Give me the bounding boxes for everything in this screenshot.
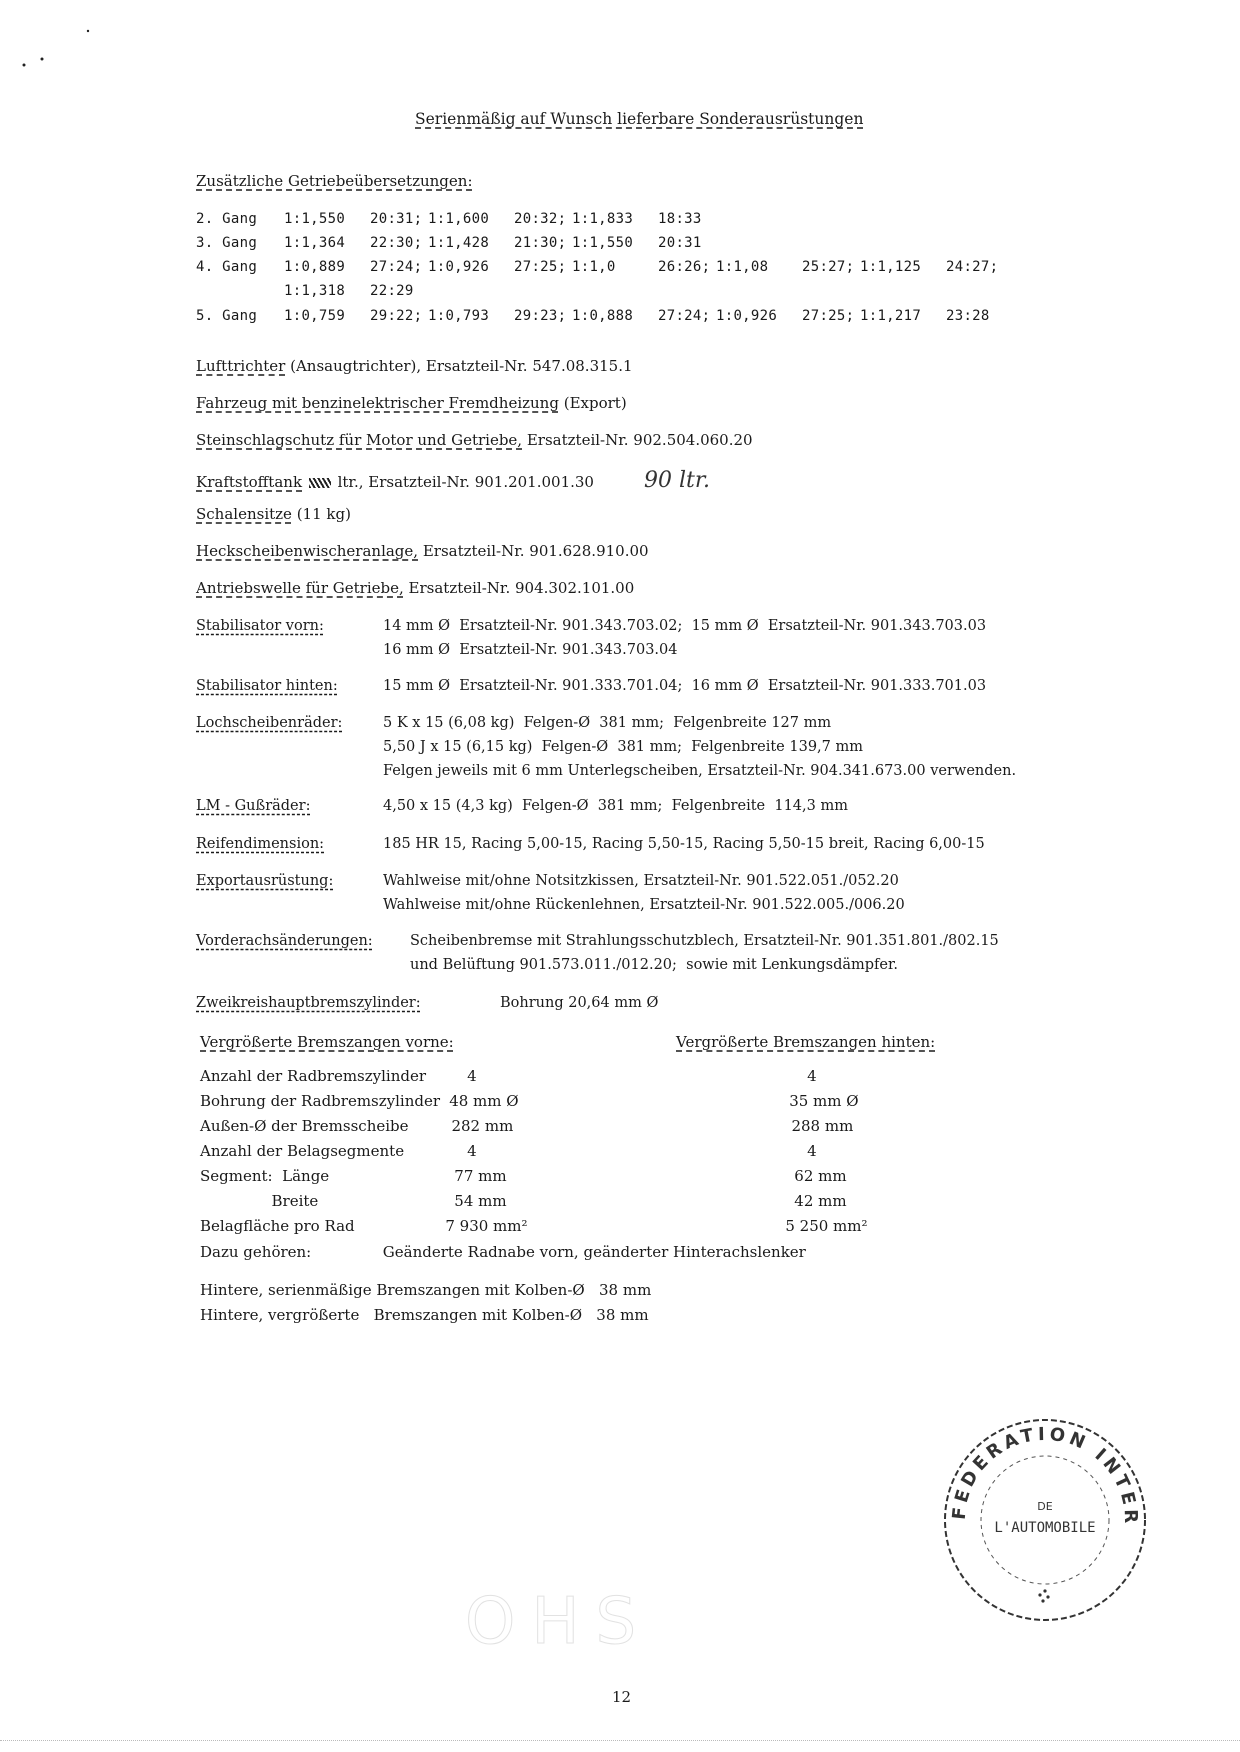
spec-label: LM - Gußräder: bbox=[196, 798, 310, 814]
spec-label: Vorderachsänderungen: bbox=[196, 933, 373, 949]
spec-label: Exportausrüstung: bbox=[196, 873, 333, 889]
spec-value: Wahlweise mit/ohne Notsitzkissen, Ersatz… bbox=[383, 873, 899, 889]
gear-ratio: 1:1,125 bbox=[860, 259, 946, 275]
dazu-text: Geänderte Radnabe vorn, geänderter Hinte… bbox=[383, 1243, 806, 1261]
gear-teeth: 22:29 bbox=[370, 283, 428, 299]
accessory-label: Steinschlagschutz für Motor und Getriebe… bbox=[196, 431, 522, 449]
accessory-text: (Ansaugtrichter), Ersatzteil-Nr. 547.08.… bbox=[285, 357, 632, 375]
gear-ratio: 1:0,926 bbox=[428, 259, 514, 275]
spec-value: 14 mm Ø Ersatzteil-Nr. 901.343.703.02; 1… bbox=[383, 618, 986, 634]
brake-row-name: Breite bbox=[200, 1192, 318, 1210]
spec-label: Zweikreishauptbremszylinder: bbox=[196, 995, 421, 1011]
gear-ratio: 1:1,0 bbox=[572, 259, 658, 275]
gear-teeth: 29:22; bbox=[370, 308, 428, 324]
accessory-item: Heckscheibenwischeranlage, Ersatzteil-Nr… bbox=[196, 542, 649, 560]
gear-teeth: 27:24; bbox=[658, 308, 716, 324]
footer-line-1: Hintere, serienmäßige Bremszangen mit Ko… bbox=[200, 1281, 651, 1299]
brake-row-name: Segment: Länge bbox=[200, 1167, 329, 1185]
gear-teeth: 22:30; bbox=[370, 235, 428, 251]
accessory-label: Fahrzeug mit benzinelektrischer Fremdhei… bbox=[196, 394, 559, 412]
accessory-item: Steinschlagschutz für Motor und Getriebe… bbox=[196, 431, 753, 449]
spec-value: und Belüftung 901.573.011./012.20; sowie… bbox=[410, 957, 898, 973]
brake-rear-value: 42 mm bbox=[794, 1192, 846, 1210]
spec-label: Lochscheibenräder: bbox=[196, 715, 342, 731]
brake-row-name: Anzahl der Radbremszylinder bbox=[200, 1067, 426, 1085]
gear-ratio: 1:1,364 bbox=[284, 235, 370, 251]
footer-line-2: Hintere, vergrößerte Bremszangen mit Kol… bbox=[200, 1306, 649, 1324]
accessory-item: Kraftstofftank ltr., Ersatzteil-Nr. 901.… bbox=[196, 468, 710, 493]
brake-rear-value: 5 250 mm² bbox=[785, 1217, 867, 1235]
svg-text:DE: DE bbox=[1037, 1500, 1052, 1513]
brake-row-name: Belagfläche pro Rad bbox=[200, 1217, 355, 1235]
gear-ratio: 1:0,889 bbox=[284, 259, 370, 275]
gear-ratio: 1:1,550 bbox=[572, 235, 658, 251]
accessory-item: Schalensitze (11 kg) bbox=[196, 505, 351, 523]
gears-heading: Zusätzliche Getriebeübersetzungen: bbox=[196, 172, 473, 190]
gear-teeth: 20:31 bbox=[658, 235, 716, 251]
dazu-label: Dazu gehören: bbox=[200, 1243, 378, 1261]
gear-ratio: 1:1,833 bbox=[572, 211, 658, 227]
gear-teeth: 18:33 bbox=[658, 211, 716, 227]
accessory-item: Antriebswelle für Getriebe, Ersatzteil-N… bbox=[196, 579, 634, 597]
gear-label: 2. Gang bbox=[196, 211, 284, 227]
brake-rear-value: 4 bbox=[807, 1067, 817, 1085]
brake-row-name: Außen-Ø der Bremsscheibe bbox=[200, 1117, 409, 1135]
accessory-text: Ersatzteil-Nr. 901.628.910.00 bbox=[418, 542, 649, 560]
crossed-out-value bbox=[307, 476, 333, 490]
accessory-label: Kraftstofftank bbox=[196, 473, 302, 491]
spec-value: 185 HR 15, Racing 5,00-15, Racing 5,50-1… bbox=[383, 836, 985, 852]
gear-row: 1:1,31822:29 bbox=[196, 283, 428, 299]
accessory-item: Fahrzeug mit benzinelektrischer Fremdhei… bbox=[196, 394, 627, 412]
spec-value: 4,50 x 15 (4,3 kg) Felgen-Ø 381 mm; Felg… bbox=[383, 798, 848, 814]
accessory-text: Ersatzteil-Nr. 902.504.060.20 bbox=[522, 431, 753, 449]
spec-value: Bohrung 20,64 mm Ø bbox=[500, 995, 658, 1011]
gear-label: 4. Gang bbox=[196, 259, 284, 275]
brake-front-value: 7 930 mm² bbox=[445, 1217, 527, 1235]
brakes-front-heading: Vergrößerte Bremszangen vorne: bbox=[200, 1033, 454, 1051]
gear-ratio: 1:0,793 bbox=[428, 308, 514, 324]
brake-row-name: Bohrung der Radbremszylinder bbox=[200, 1092, 440, 1110]
accessory-item: Lufttrichter (Ansaugtrichter), Ersatztei… bbox=[196, 357, 633, 375]
svg-text:L'AUTOMOBILE: L'AUTOMOBILE bbox=[994, 1520, 1095, 1536]
accessory-text: (Export) bbox=[559, 394, 627, 412]
gear-teeth: 21:30; bbox=[514, 235, 572, 251]
accessory-text: (11 kg) bbox=[292, 505, 351, 523]
gear-teeth: 27:25; bbox=[802, 308, 860, 324]
brakes-rear-heading: Vergrößerte Bremszangen hinten: bbox=[676, 1033, 935, 1051]
brake-front-value: 4 bbox=[467, 1142, 477, 1160]
brake-front-value: 282 mm bbox=[451, 1117, 513, 1135]
bottom-rule bbox=[0, 1740, 1240, 1741]
gear-teeth: 27:25; bbox=[514, 259, 572, 275]
gear-ratio: 1:1,217 bbox=[860, 308, 946, 324]
scan-specks bbox=[20, 28, 100, 82]
gear-row: 5. Gang1:0,75929:22;1:0,79329:23;1:0,888… bbox=[196, 308, 1004, 324]
gear-ratio: 1:1,600 bbox=[428, 211, 514, 227]
page-title: Serienmäßig auf Wunsch lieferbare Sonder… bbox=[415, 110, 863, 128]
accessory-label: Schalensitze bbox=[196, 505, 292, 523]
spec-label: Stabilisator hinten: bbox=[196, 678, 338, 694]
gear-row: 3. Gang1:1,36422:30;1:1,42821:30;1:1,550… bbox=[196, 235, 716, 251]
gear-label: 5. Gang bbox=[196, 308, 284, 324]
spec-label: Reifendimension: bbox=[196, 836, 324, 852]
gear-teeth: 24:27; bbox=[946, 259, 1004, 275]
spec-value: 16 mm Ø Ersatzteil-Nr. 901.343.703.04 bbox=[383, 642, 677, 658]
spec-value: Felgen jeweils mit 6 mm Unterlegscheiben… bbox=[383, 763, 1016, 779]
gear-ratio: 1:0,759 bbox=[284, 308, 370, 324]
spec-value: 5,50 J x 15 (6,15 kg) Felgen-Ø 381 mm; F… bbox=[383, 739, 863, 755]
gear-teeth: 20:32; bbox=[514, 211, 572, 227]
gear-ratio: 1:1,428 bbox=[428, 235, 514, 251]
accessory-label: Lufttrichter bbox=[196, 357, 285, 375]
spec-value: Wahlweise mit/ohne Rückenlehnen, Ersatzt… bbox=[383, 897, 905, 913]
brake-front-value: 54 mm bbox=[454, 1192, 506, 1210]
brake-rear-value: 4 bbox=[807, 1142, 817, 1160]
gear-teeth: 23:28 bbox=[946, 308, 1004, 324]
gear-ratio: 1:1,550 bbox=[284, 211, 370, 227]
handwritten-note: 90 ltr. bbox=[644, 468, 710, 493]
brake-row-name: Anzahl der Belagsegmente bbox=[200, 1142, 404, 1160]
brake-rear-value: 288 mm bbox=[791, 1117, 853, 1135]
brake-front-value: 48 mm Ø bbox=[449, 1092, 518, 1110]
spec-value: 15 mm Ø Ersatzteil-Nr. 901.333.701.04; 1… bbox=[383, 678, 986, 694]
brake-front-value: 77 mm bbox=[454, 1167, 506, 1185]
gear-ratio: 1:0,926 bbox=[716, 308, 802, 324]
dazu-row: Dazu gehören: Geänderte Radnabe vorn, ge… bbox=[200, 1243, 806, 1261]
spec-label: Stabilisator vorn: bbox=[196, 618, 324, 634]
accessory-text: Ersatzteil-Nr. 904.302.101.00 bbox=[404, 579, 635, 597]
gear-row: 4. Gang1:0,88927:24;1:0,92627:25;1:1,026… bbox=[196, 259, 1004, 275]
gear-teeth: 27:24; bbox=[370, 259, 428, 275]
gear-teeth: 20:31; bbox=[370, 211, 428, 227]
gear-teeth: 29:23; bbox=[514, 308, 572, 324]
accessory-label: Antriebswelle für Getriebe, bbox=[196, 579, 404, 597]
gear-teeth: 25:27; bbox=[802, 259, 860, 275]
page-number: 12 bbox=[612, 1688, 631, 1706]
fia-stamp: FEDERATION INTERNATIONALE DE L'AUTOMOBIL… bbox=[935, 1410, 1155, 1630]
gear-teeth: 26:26; bbox=[658, 259, 716, 275]
spec-value: Scheibenbremse mit Strahlungsschutzblech… bbox=[410, 933, 999, 949]
gear-label: 3. Gang bbox=[196, 235, 284, 251]
ohs-watermark: OHS bbox=[465, 1585, 652, 1659]
gear-ratio: 1:0,888 bbox=[572, 308, 658, 324]
gear-ratio: 1:1,08 bbox=[716, 259, 802, 275]
gear-ratio: 1:1,318 bbox=[284, 283, 370, 299]
gear-row: 2. Gang1:1,55020:31;1:1,60020:32;1:1,833… bbox=[196, 211, 716, 227]
accessory-text: ltr., Ersatzteil-Nr. 901.201.001.30 bbox=[333, 473, 594, 491]
brake-rear-value: 35 mm Ø bbox=[789, 1092, 858, 1110]
spec-value: 5 K x 15 (6,08 kg) Felgen-Ø 381 mm; Felg… bbox=[383, 715, 831, 731]
accessory-label: Heckscheibenwischeranlage, bbox=[196, 542, 418, 560]
brake-front-value: 4 bbox=[467, 1067, 477, 1085]
brake-rear-value: 62 mm bbox=[794, 1167, 846, 1185]
